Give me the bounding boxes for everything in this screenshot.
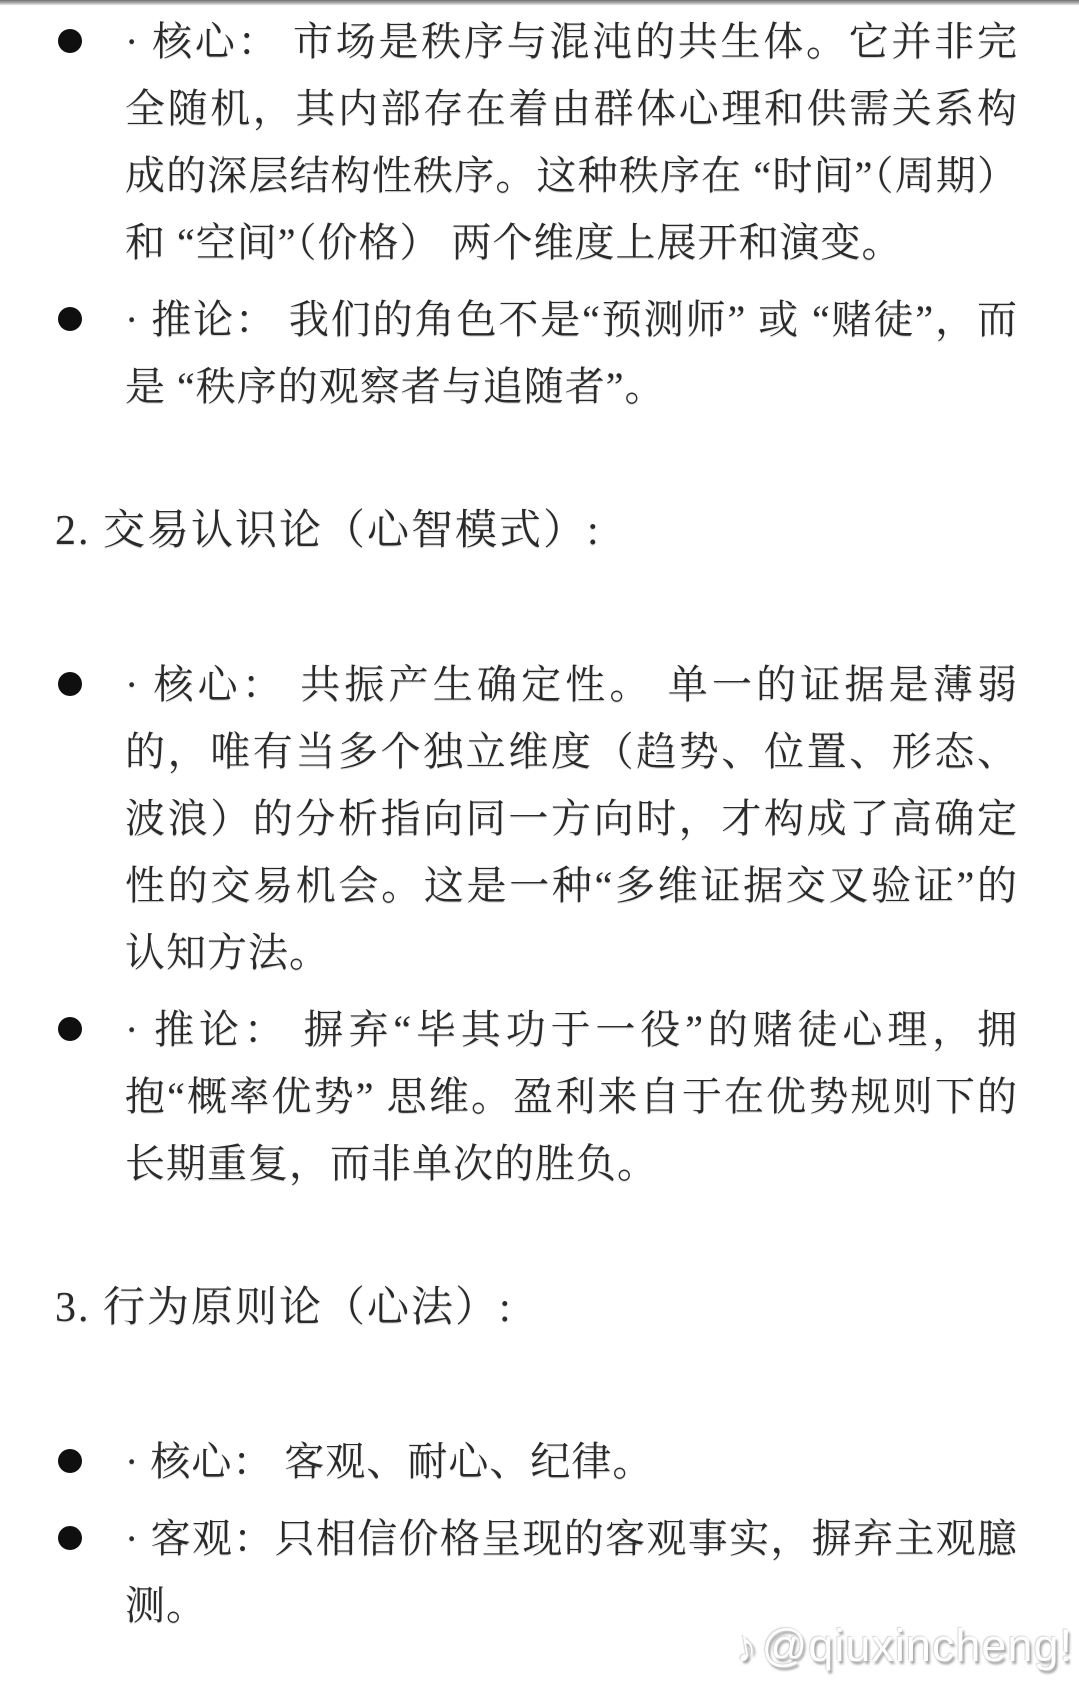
bullet-icon: [58, 29, 82, 53]
list-item: · 客观：只相信价格呈现的客观事实，摒弃主观臆测。: [125, 1505, 1018, 1639]
bullet-text: · 客观：只相信价格呈现的客观事实，摒弃主观臆测。: [125, 1505, 1018, 1639]
watermark: ♪@qiuxincheng!: [734, 1620, 1073, 1672]
bullet-text: · 推论： 摒弃“毕其功于一役”的赌徒心理，拥抱“概率优势” 思维。盈利来自于在…: [125, 996, 1018, 1197]
bullet-icon: [58, 672, 82, 696]
section-heading-principles: 3. 行为原则论（心法）:: [55, 1275, 1018, 1342]
bullet-text: · 核心： 市场是秩序与混沌的共生体。它并非完全随机，其内部存在着由群体心理和供…: [125, 8, 1018, 276]
bullet-icon: [58, 1017, 82, 1041]
list-item: · 核心： 市场是秩序与混沌的共生体。它并非完全随机，其内部存在着由群体心理和供…: [125, 8, 1018, 276]
bullet-text: · 推论： 我们的角色不是“预测师” 或 “赌徒”，而是 “秩序的观察者与追随者…: [125, 286, 1018, 420]
list-item: · 推论： 摒弃“毕其功于一役”的赌徒心理，拥抱“概率优势” 思维。盈利来自于在…: [125, 996, 1018, 1197]
bullet-icon: [58, 307, 82, 331]
list-item: · 推论： 我们的角色不是“预测师” 或 “赌徒”，而是 “秩序的观察者与追随者…: [125, 286, 1018, 420]
bullet-text: · 核心： 客观、耐心、纪律。: [125, 1428, 1018, 1495]
document-content: · 核心： 市场是秩序与混沌的共生体。它并非完全随机，其内部存在着由群体心理和供…: [0, 0, 1079, 1639]
top-edge-divider: [0, 0, 1079, 5]
bullet-text: · 核心： 共振产生确定性。 单一的证据是薄弱的，唯有当多个独立维度（趋势、位置…: [125, 651, 1018, 986]
list-item: · 核心： 客观、耐心、纪律。: [125, 1428, 1018, 1495]
douyin-note-icon: ♪: [730, 1618, 762, 1673]
section-heading-epistemology: 2. 交易认识论（心智模式）:: [55, 498, 1018, 565]
bullet-icon: [58, 1449, 82, 1473]
bullet-icon: [58, 1526, 82, 1550]
list-item: · 核心： 共振产生确定性。 单一的证据是薄弱的，唯有当多个独立维度（趋势、位置…: [125, 651, 1018, 986]
watermark-handle: @qiuxincheng!: [762, 1620, 1073, 1671]
